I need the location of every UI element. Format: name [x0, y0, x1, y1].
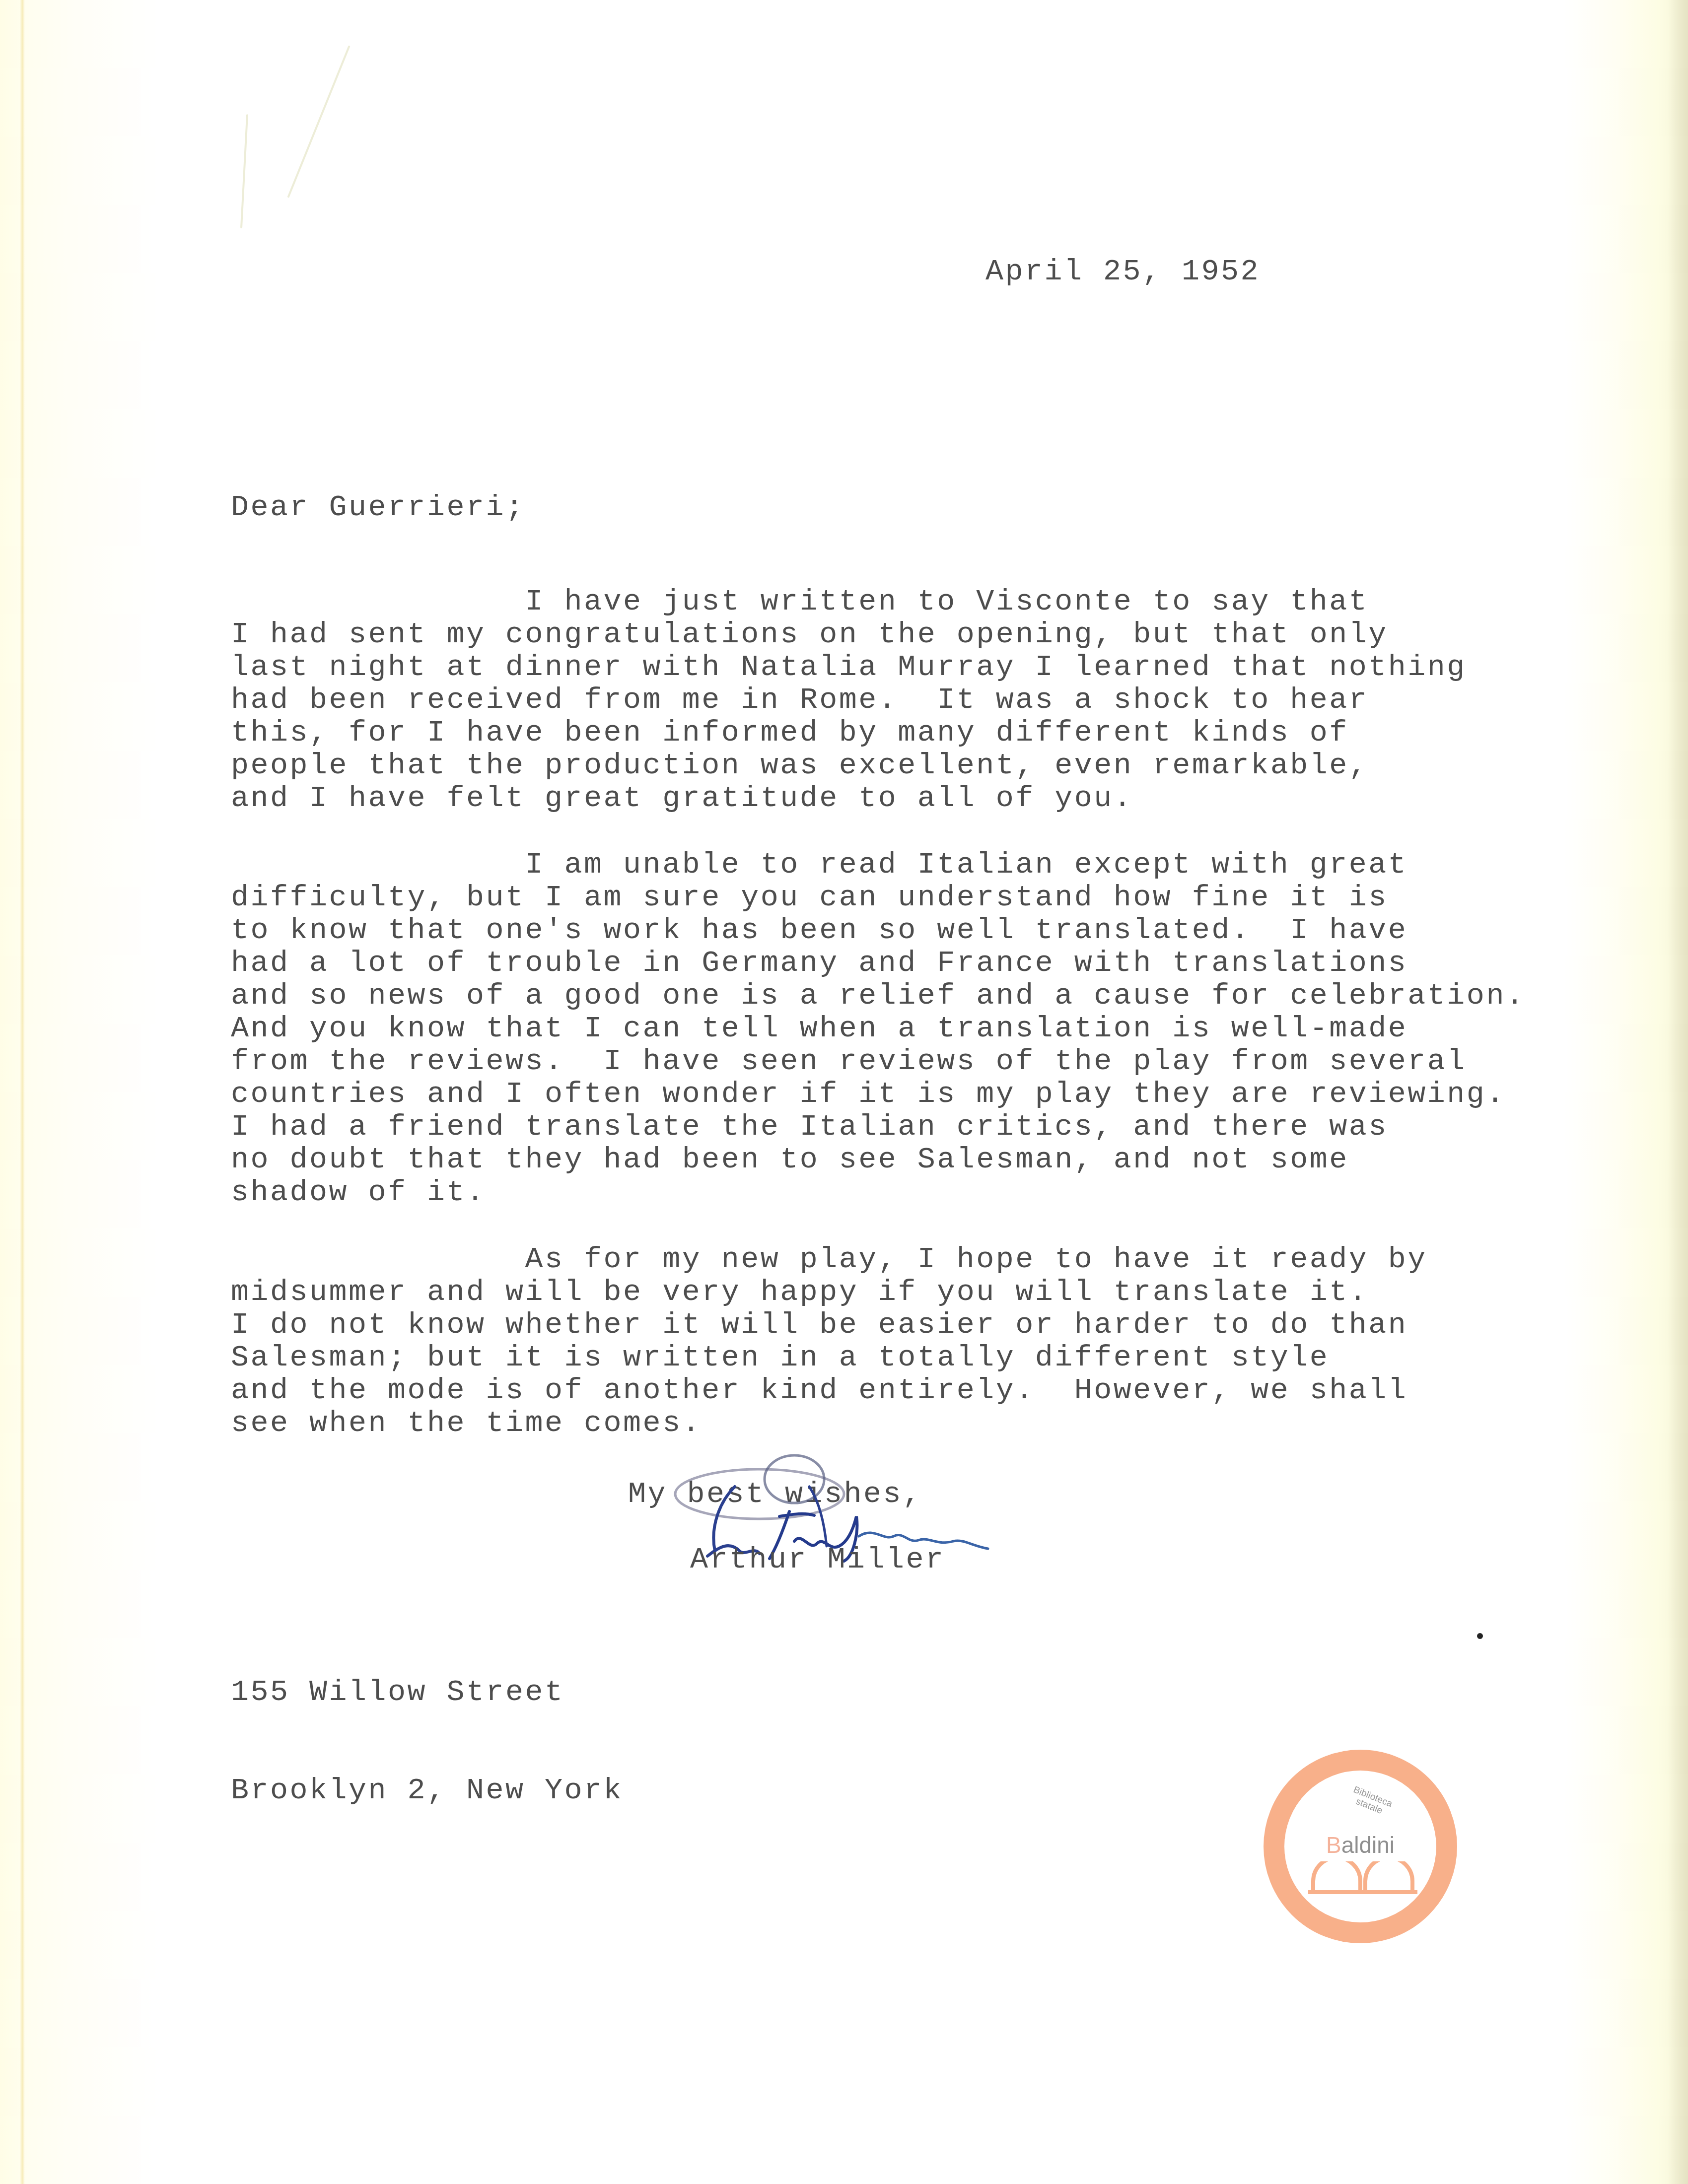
paragraph-1: I have just written to Visconte to say t… — [231, 586, 1467, 815]
paragraph-line: no doubt that they had been to see Sales… — [231, 1144, 1525, 1176]
paragraph-line: and I have felt great gratitude to all o… — [231, 782, 1467, 815]
paragraph-line: from the reviews. I have seen reviews of… — [231, 1045, 1525, 1078]
paragraph-line: difficulty, but I am sure you can unders… — [231, 882, 1525, 914]
sender-address: 155 Willow Street Brooklyn 2, New York — [231, 1611, 623, 1873]
paper-crease — [240, 114, 248, 228]
paragraph-line: I am unable to read Italian except with … — [231, 849, 1525, 882]
paragraph-line: had a lot of trouble in Germany and Fran… — [231, 947, 1525, 980]
paper-edge-left — [20, 0, 25, 2184]
address-line: 155 Willow Street — [231, 1676, 623, 1709]
paragraph-line: shadow of it. — [231, 1176, 1525, 1209]
paragraph-line: And you know that I can tell when a tran… — [231, 1013, 1525, 1045]
paragraph-line: to know that one's work has been so well… — [231, 914, 1525, 947]
paragraph-line: countries and I often wonder if it is my… — [231, 1078, 1525, 1111]
paragraph-line: I had sent my congratulations on the ope… — [231, 618, 1467, 651]
ink-dot — [1477, 1633, 1483, 1639]
typed-signature-name: Arthur Miller — [690, 1544, 945, 1576]
paragraph-3: As for my new play, I hope to have it re… — [231, 1243, 1427, 1440]
open-book-icon — [1308, 1861, 1417, 1896]
salutation: Dear Guerrieri; — [231, 491, 525, 524]
letter-page: April 25, 1952 Dear Guerrieri; I have ju… — [0, 0, 1688, 2184]
paragraph-line: last night at dinner with Natalia Murray… — [231, 651, 1467, 684]
paragraph-line: I do not know whether it will be easier … — [231, 1309, 1427, 1342]
paragraph-line: see when the time comes. — [231, 1407, 1427, 1440]
paragraph-line: this, for I have been informed by many d… — [231, 717, 1467, 750]
paragraph-line: and the mode is of another kind entirely… — [231, 1374, 1427, 1407]
paragraph-line: I have just written to Visconte to say t… — [231, 586, 1467, 618]
library-stamp: Biblioteca statale Baldini — [1264, 1750, 1457, 1943]
letter-date: April 25, 1952 — [985, 256, 1260, 288]
paragraph-line: had been received from me in Rome. It wa… — [231, 684, 1467, 717]
paragraph-2: I am unable to read Italian except with … — [231, 849, 1525, 1209]
stamp-library-name: Baldini — [1264, 1832, 1457, 1858]
paragraph-line: people that the production was excellent… — [231, 750, 1467, 782]
paper-crease — [287, 45, 350, 198]
paper-edge-right — [1668, 0, 1688, 2184]
paragraph-line: midsummer and will be very happy if you … — [231, 1276, 1427, 1309]
paragraph-line: Salesman; but it is written in a totally… — [231, 1342, 1427, 1374]
address-line: Brooklyn 2, New York — [231, 1774, 623, 1807]
paragraph-line: and so news of a good one is a relief an… — [231, 980, 1525, 1013]
paragraph-line: I had a friend translate the Italian cri… — [231, 1111, 1525, 1144]
paragraph-line: As for my new play, I hope to have it re… — [231, 1243, 1427, 1276]
